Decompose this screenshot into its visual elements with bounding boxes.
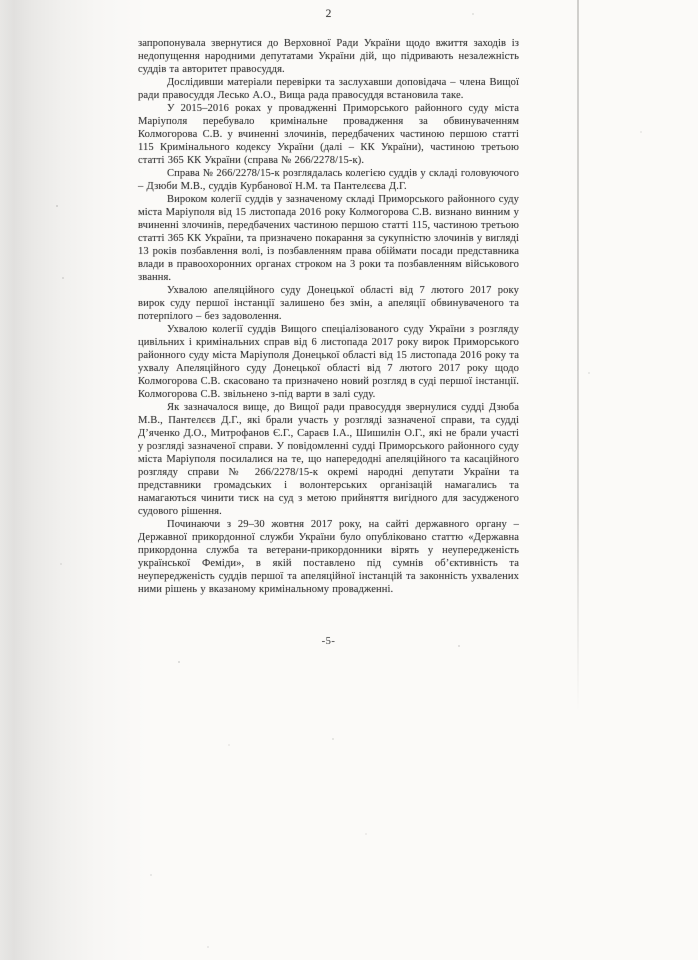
scan-artifact-line [577, 0, 579, 712]
document-paragraph: Дослідивши матеріали перевірки та заслух… [138, 76, 519, 102]
document-body: запропонувала звернутися до Верховної Ра… [138, 37, 519, 596]
scan-left-shadow [0, 0, 150, 960]
document-paragraph: Справа № 266/2278/15-к розглядалась коле… [138, 167, 519, 193]
document-paragraph: Ухвалою апеляційного суду Донецької обла… [138, 284, 519, 323]
document-paragraph: Вироком колегії суддів у зазначеному скл… [138, 193, 519, 284]
scan-noise-specks [0, 0, 2, 2]
document-paragraph: Як зазначалося вище, до Вищої ради право… [138, 401, 519, 518]
document-paragraph: запропонувала звернутися до Верховної Ра… [138, 37, 519, 76]
footer-page-number: -5- [138, 636, 519, 647]
document-paragraph: Починаючи з 29–30 жовтня 2017 року, на с… [138, 518, 519, 596]
header-page-number: 2 [138, 8, 519, 20]
document-paragraph: Ухвалою колегії суддів Вищого спеціалізо… [138, 323, 519, 401]
document-paragraph: У 2015–2016 роках у провадженні Приморсь… [138, 102, 519, 167]
scanned-document-page: 2 запропонувала звернутися до Верховної … [0, 0, 698, 960]
